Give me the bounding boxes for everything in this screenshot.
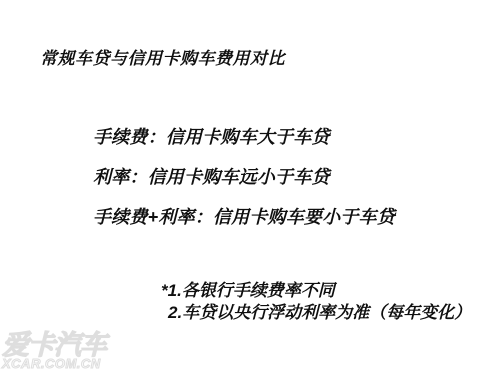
footnote-1: *1.各银行手续费率不同 <box>161 280 471 302</box>
footnote-2: 2.车贷以央行浮动利率为准（每年变化） <box>161 302 471 324</box>
xcar-logo-text: 爱卡汽车 <box>2 332 106 359</box>
comparison-line-fee: 手续费：信用卡购车大于车贷 <box>93 123 330 149</box>
xcar-watermark: 爱卡汽车 XCAR.COM.CN <box>2 332 106 370</box>
xcar-site-url: XCAR.COM.CN <box>2 357 106 370</box>
comparison-line-fee-plus-rate: 手续费+利率：信用卡购车要小于车贷 <box>93 203 395 229</box>
footnotes: *1.各银行手续费率不同 2.车贷以央行浮动利率为准（每年变化） <box>161 280 471 324</box>
slide-page: 常规车贷与信用卡购车费用对比 手续费：信用卡购车大于车贷 利率：信用卡购车远小于… <box>0 0 500 375</box>
comparison-line-rate: 利率：信用卡购车远小于车贷 <box>93 163 330 189</box>
slide-title: 常规车贷与信用卡购车费用对比 <box>40 44 285 69</box>
